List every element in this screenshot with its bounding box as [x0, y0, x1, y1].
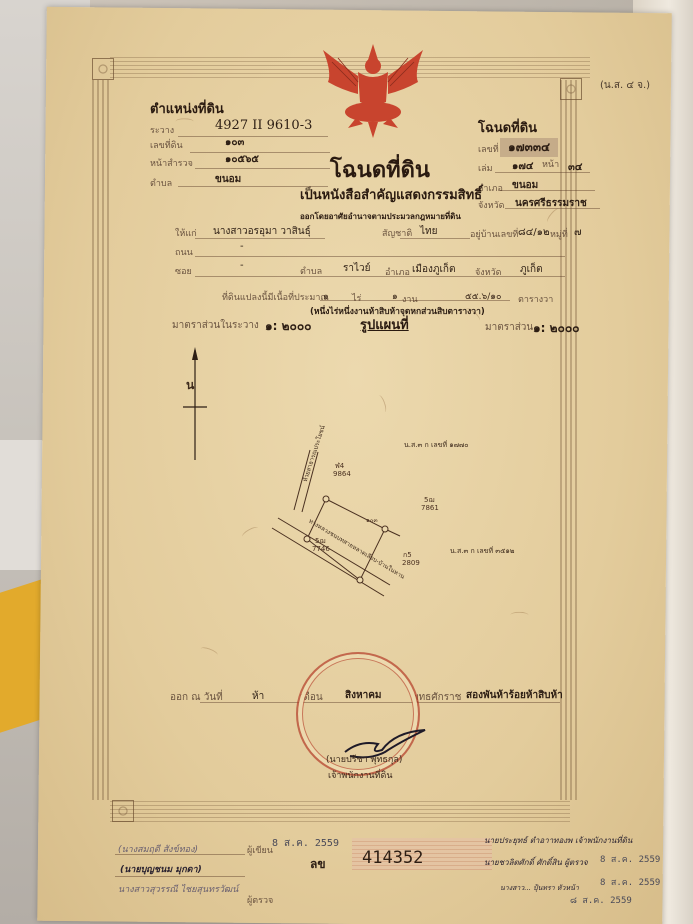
north-arrow-icon: [180, 345, 210, 465]
plan-scale-label: มาตราส่วน: [485, 320, 533, 335]
subdistrict-value: ราไวย์: [343, 261, 371, 276]
right-officer-2: นายชวลิตศักดิ์ ศักดิ์สิน ผู้ตรวจ: [484, 856, 588, 869]
district-value: เมืองภูเก็ต: [412, 262, 455, 277]
right-date-stamp-2: 8 ส.ค. 2559: [600, 875, 660, 889]
area-label: ที่ดินแปลงนี้มีเนื้อที่ประมาณ: [222, 290, 329, 304]
document-subtitle: เป็นหนังสือสำคัญแสดงกรรมสิทธิ์: [300, 184, 482, 205]
map-scale-label: มาตราส่วนในระวาง: [172, 318, 259, 333]
deed-number: ๑๗๓๓๔: [500, 138, 558, 157]
deed-page-label: หน้า: [542, 157, 559, 171]
document-title: โฉนดที่ดิน: [330, 152, 430, 187]
adjacent-parcel-top: น.ส.๓ ก เลขที่ ๑๗๗๐: [404, 440, 469, 451]
soi-value: -: [240, 260, 244, 271]
field-label-tambon: ตำบล: [150, 176, 172, 190]
field-label-survey-page: หน้าสำรวจ: [150, 156, 193, 170]
plan-scale-value: ๑: ๒๐๐๐: [533, 319, 579, 338]
soi-label: ซอย: [175, 264, 192, 278]
given-to-label: ให้แก่: [175, 226, 197, 240]
deed-number-label: เลขที่: [478, 142, 499, 156]
moo-label: หมู่ที่: [550, 227, 568, 241]
field-value-rawang: 4927 II 9610-3: [215, 118, 312, 133]
form-code: (น.ส. ๔ จ.): [600, 78, 650, 93]
official-name: (นายปรีชา พุทธกุล): [326, 752, 402, 766]
deed-book-label: เล่ม: [478, 161, 493, 175]
right-date-stamp-3: ๘ ส.ค. 2559: [570, 893, 632, 907]
address-number: ๘๔/๑๒: [518, 225, 550, 240]
north-label: น: [186, 376, 194, 395]
document-number: 414352: [362, 848, 423, 868]
security-border-left: [92, 80, 112, 800]
province-value: ภูเก็ต: [520, 262, 543, 277]
field-label-land-number: เลขที่ดิน: [150, 138, 183, 152]
land-position-heading: ตำแหน่งที่ดิน: [150, 98, 224, 119]
deed-heading: โฉนดที่ดิน: [478, 117, 537, 138]
parcel-number: ๑๐๓: [366, 515, 378, 525]
area-rai-unit: ไร่: [352, 291, 361, 305]
road-label: ถนน: [175, 245, 193, 259]
right-officer-3: นางสาว... ปุ้นทรา หัวหน้า: [500, 883, 579, 894]
moo-value: ๗: [574, 225, 582, 240]
owner-name: นางสาวอรอุมา วาสินธุ์: [213, 224, 311, 239]
road-value: -: [240, 241, 244, 252]
right-officer-1: นายประยุทธ์ ตำอาาทองพ เจ้าพนักงานที่ดิน: [484, 834, 632, 847]
issued-by-text: ออกโดยอาศัยอำนาจตามประมวลกฎหมายที่ดิน: [300, 210, 461, 223]
plan-heading: รูปแผนที่: [360, 314, 409, 335]
writer-label: ผู้เขียน: [247, 843, 273, 857]
corner-ornament: [560, 78, 582, 100]
field-label-rawang: ระวาง: [150, 123, 174, 137]
security-border-bottom: [110, 800, 570, 822]
adjacent-parcel-right: น.ส.๓ ก เลขที่ ๓๕๑๒: [450, 546, 514, 557]
writer-date-stamp: 8 ส.ค. 2559: [272, 836, 339, 851]
marker-number: 2809: [402, 559, 420, 567]
field-value-land-number: ๑๐๓: [225, 135, 244, 150]
marker-number: 9864: [333, 470, 351, 478]
corner-ornament: [112, 800, 134, 822]
garuda-emblem: [318, 42, 428, 142]
inspector-label: ผู้ตรวจ: [247, 893, 273, 907]
series-label: ลข: [310, 855, 326, 874]
field-value-survey-page: ๑๐๕๖๕: [225, 152, 259, 167]
official-title: เจ้าพนักงานที่ดิน: [328, 768, 392, 782]
corner-ornament: [92, 58, 114, 80]
address-label: อยู่บ้านเลขที่: [470, 227, 518, 241]
map-scale-value: ๑: ๒๐๐๐: [265, 317, 311, 336]
officer-2: (นายบุญชนม มุกดา): [120, 862, 202, 876]
marker-number: 7861: [421, 504, 439, 512]
security-border-right: [560, 80, 580, 800]
nationality-value: ไทย: [420, 224, 437, 239]
right-date-stamp-1: 8 ส.ค. 2559: [600, 852, 660, 866]
area-sqwa-unit: ตารางวา: [518, 292, 553, 306]
officer-3: นางสาวสุวรรณี ไชยสุนทรวัฒน์: [118, 882, 238, 896]
marker-number: 7746: [312, 545, 330, 553]
issue-year: สองพันห้าร้อยห้าสิบห้า: [466, 688, 563, 703]
field-value-tambon: ขนอม: [215, 172, 241, 187]
